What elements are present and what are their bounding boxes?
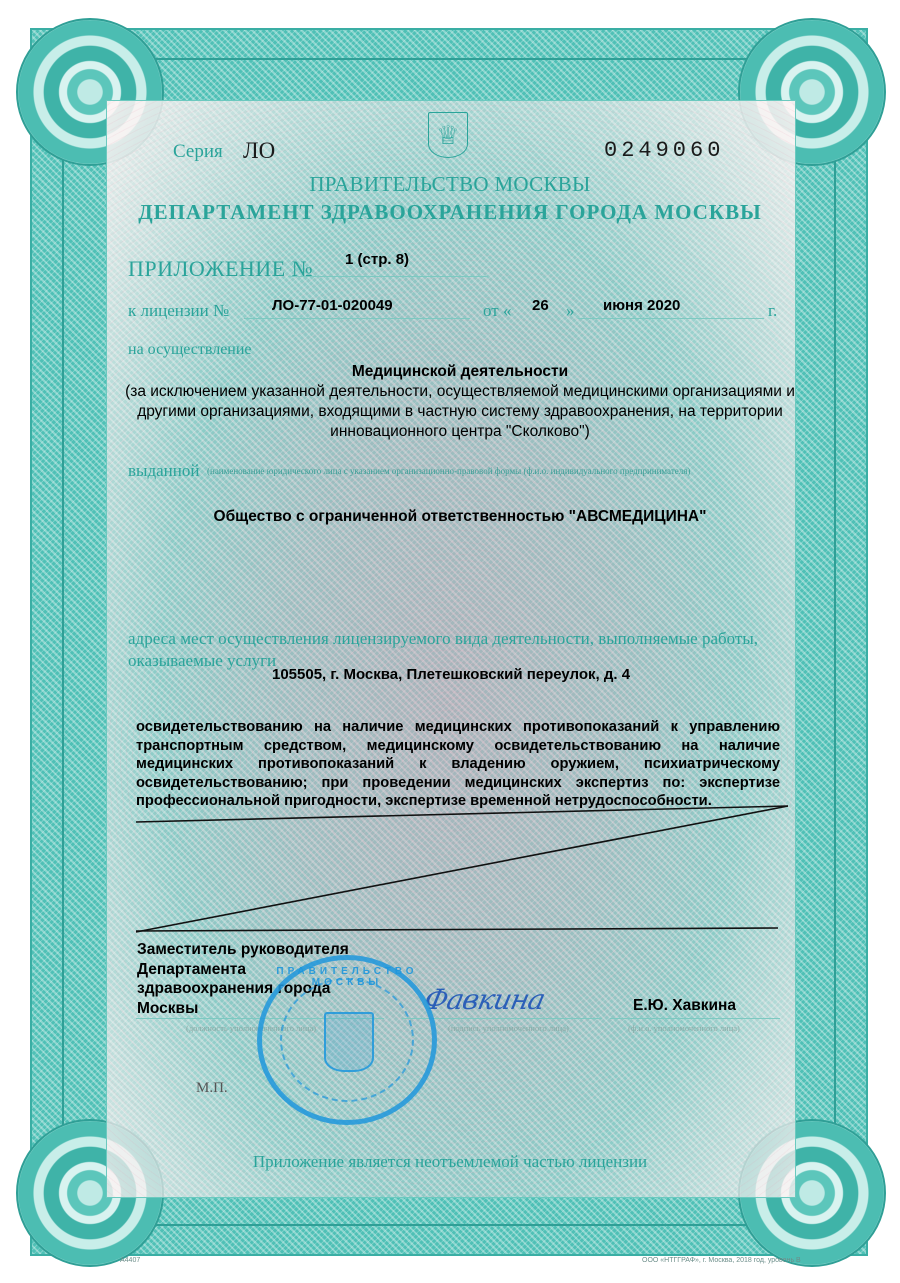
department-title: ДЕПАРТАМЕНТ ЗДРАВООХРАНЕНИЯ ГОРОДА МОСКВ… <box>0 200 900 225</box>
handwritten-signature: Фавкина <box>421 983 547 1016</box>
issued-to-hint: (наименование юридического лица с указан… <box>207 466 690 476</box>
stamp-place-label: М.П. <box>196 1080 228 1097</box>
series-value: ЛО <box>243 138 275 164</box>
activity-note: (за исключением указанной деятельности, … <box>120 382 800 442</box>
activity-title: Медицинской деятельности <box>120 362 800 382</box>
activity-block: Медицинской деятельности (за исключением… <box>120 362 800 442</box>
services-text: освидетельствованию на наличие медицинск… <box>136 718 780 811</box>
series-label: Серия <box>173 141 223 163</box>
coat-of-arms-icon: ♕ <box>428 112 468 158</box>
license-month-year: июня 2020 <box>603 297 680 314</box>
license-number-line <box>244 318 470 319</box>
stamp-text: ПРАВИТЕЛЬСТВО МОСКВЫ <box>262 966 432 988</box>
appendix-label: ПРИЛОЖЕНИЕ № <box>128 256 313 282</box>
signer-name: Е.Ю. Хавкина <box>633 997 736 1015</box>
license-day: 26 <box>532 297 549 314</box>
address-value: 105505, г. Москва, Плетешковский переуло… <box>272 666 630 683</box>
moscow-coat-of-arms-icon <box>324 1012 374 1072</box>
form-code: А4407 <box>120 1257 140 1264</box>
organization-name: Общество с ограниченной ответственностью… <box>120 508 800 526</box>
year-suffix: г. <box>768 301 777 321</box>
appendix-number-line <box>288 276 488 277</box>
footer-note: Приложение является неотъемлемой частью … <box>0 1152 900 1172</box>
license-label: к лицензии № <box>128 301 229 321</box>
activity-label: на осуществление <box>128 341 252 359</box>
official-seal-stamp: ПРАВИТЕЛЬСТВО МОСКВЫ <box>257 955 437 1125</box>
date-close-quote: » <box>566 301 575 321</box>
month-line <box>578 318 764 319</box>
government-title: ПРАВИТЕЛЬСТВО МОСКВЫ <box>0 172 900 197</box>
signature-hint: (подпись уполномоченного лица) <box>448 1023 569 1033</box>
signer-position-line: Заместитель руководителя <box>137 940 349 960</box>
appendix-number: 1 (стр. 8) <box>345 251 409 268</box>
name-hint: (ф.и.о. уполномоченного лица) <box>628 1023 740 1033</box>
printer-credit: ООО «НТГГРАФ», г. Москва, 2018 год, уров… <box>642 1257 801 1264</box>
issued-to-label: выданной <box>128 461 199 481</box>
serial-number: 0249060 <box>604 138 724 163</box>
license-appendix-sheet: Серия ЛО ♕ 0249060 ПРАВИТЕЛЬСТВО МОСКВЫ … <box>0 0 900 1283</box>
license-number: ЛО-77-01-020049 <box>272 297 393 314</box>
name-line <box>610 1018 780 1019</box>
date-from-label: от « <box>483 301 511 321</box>
